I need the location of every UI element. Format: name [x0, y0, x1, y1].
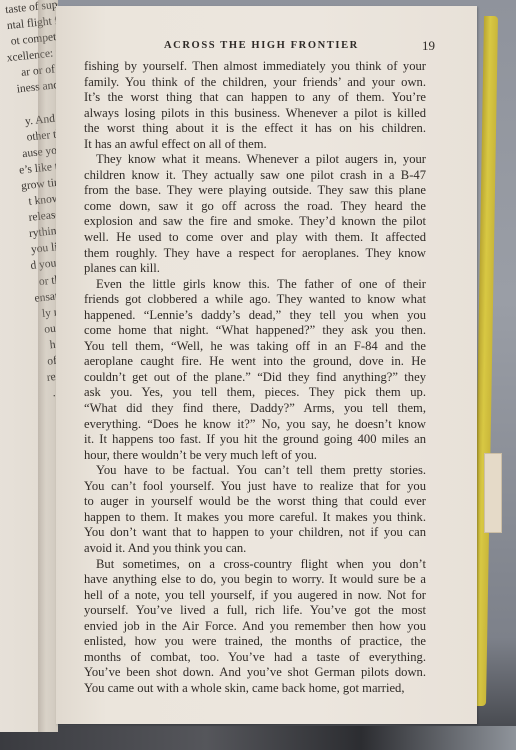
running-head-title: ACROSS THE HIGH FRONTIER — [164, 40, 359, 51]
text-line: “What did they find there, Daddy?” Arms,… — [84, 401, 426, 417]
page-number: 19 — [422, 38, 435, 54]
text-line: You can’t fool yourself. You just have t… — [84, 479, 426, 495]
paragraph: But sometimes, on a cross-country flight… — [84, 557, 426, 697]
text-line: happened. “Lennie’s daddy’s dead,” they … — [84, 308, 426, 324]
text-line: always losing pilots in this business. W… — [84, 106, 426, 122]
text-line: You tell them, “Well, he was taking off … — [84, 339, 426, 355]
text-line: them roughly. They have a respect for ae… — [84, 246, 426, 262]
text-line: ask you. Yes, you tell them, pieces. The… — [84, 385, 426, 401]
bookmark-slip — [484, 453, 502, 533]
text-line: You came out with a whole skin, came bac… — [84, 681, 426, 697]
text-line: well. He used to come over and play with… — [84, 230, 426, 246]
text-line: planes can kill. — [84, 261, 426, 277]
text-line: have anything else to do, you begin to w… — [84, 572, 426, 588]
running-head: ACROSS THE HIGH FRONTIER 19 — [56, 40, 477, 58]
paragraph: They know what it means. Whenever a pilo… — [84, 152, 426, 276]
text-line: Even the little girls know this. The fat… — [84, 277, 426, 293]
desk-surface — [0, 726, 516, 750]
text-line: fishing by yourself. Then almost immedia… — [84, 59, 426, 75]
page-gutter-shadow — [38, 0, 54, 732]
text-line: it. It happens too fast. If you hit the … — [84, 432, 426, 448]
text-line: children know it. They actually saw one … — [84, 168, 426, 184]
text-line: But sometimes, on a cross-country flight… — [84, 557, 426, 573]
paragraph: You have to be factual. You can’t tell t… — [84, 463, 426, 556]
text-line: couldn’t get out of the plane.” “Did the… — [84, 370, 426, 386]
page-body-text: fishing by yourself. Then almost immedia… — [84, 59, 426, 696]
paragraph: fishing by yourself. Then almost immedia… — [84, 59, 426, 152]
text-line: They know what it means. Whenever a pilo… — [84, 152, 426, 168]
text-line: friends got clobbered a while ago. They … — [84, 292, 426, 308]
text-line: enlisted, how you were trained, the mont… — [84, 634, 426, 650]
text-line: avoid it. And you think you can. — [84, 541, 426, 557]
paragraph: Even the little girls know this. The fat… — [84, 277, 426, 464]
left-page-fragment: taste of supental flight foot competitix… — [0, 0, 58, 732]
text-line: You have to be factual. You can’t tell t… — [84, 463, 426, 479]
text-line: from the base. They were playing outside… — [84, 183, 426, 199]
text-line: come home that night. “What happened?” t… — [84, 323, 426, 339]
text-line: happen to them. It makes you more carefu… — [84, 510, 426, 526]
text-line: yourself. You’ve lived a full, rich life… — [84, 603, 426, 619]
text-line: explosion and saw the fire and smoke. Th… — [84, 214, 426, 230]
text-line: hell of a note, you tell yourself, if yo… — [84, 588, 426, 604]
text-line: months of combat, too. You’ve had a tast… — [84, 650, 426, 666]
text-line: hour, there wouldn’t be very much left o… — [84, 448, 426, 464]
text-line: It’s the worst thing that can happen to … — [84, 90, 426, 106]
right-page: ACROSS THE HIGH FRONTIER 19 fishing by y… — [56, 6, 477, 724]
book-photo-scene: taste of supental flight foot competitix… — [0, 0, 516, 750]
text-line: family. You think of the children, your … — [84, 75, 426, 91]
text-line: the worst thing about it is the effect i… — [84, 121, 426, 137]
text-line: You’ve been shot down. And you’ve shot G… — [84, 665, 426, 681]
text-line: It has an awful effect on all of them. — [84, 137, 426, 153]
text-line: envied job in the Air Force. And you rem… — [84, 619, 426, 635]
text-line: to auger in yourself would be the worst … — [84, 494, 426, 510]
text-line: come down, saw it go off across the road… — [84, 199, 426, 215]
text-line: You don’t want that to happen to your ch… — [84, 525, 426, 541]
text-line: aeroplane caught fire. He went into the … — [84, 354, 426, 370]
text-line: everything. “Does he know it?” No, you s… — [84, 417, 426, 433]
